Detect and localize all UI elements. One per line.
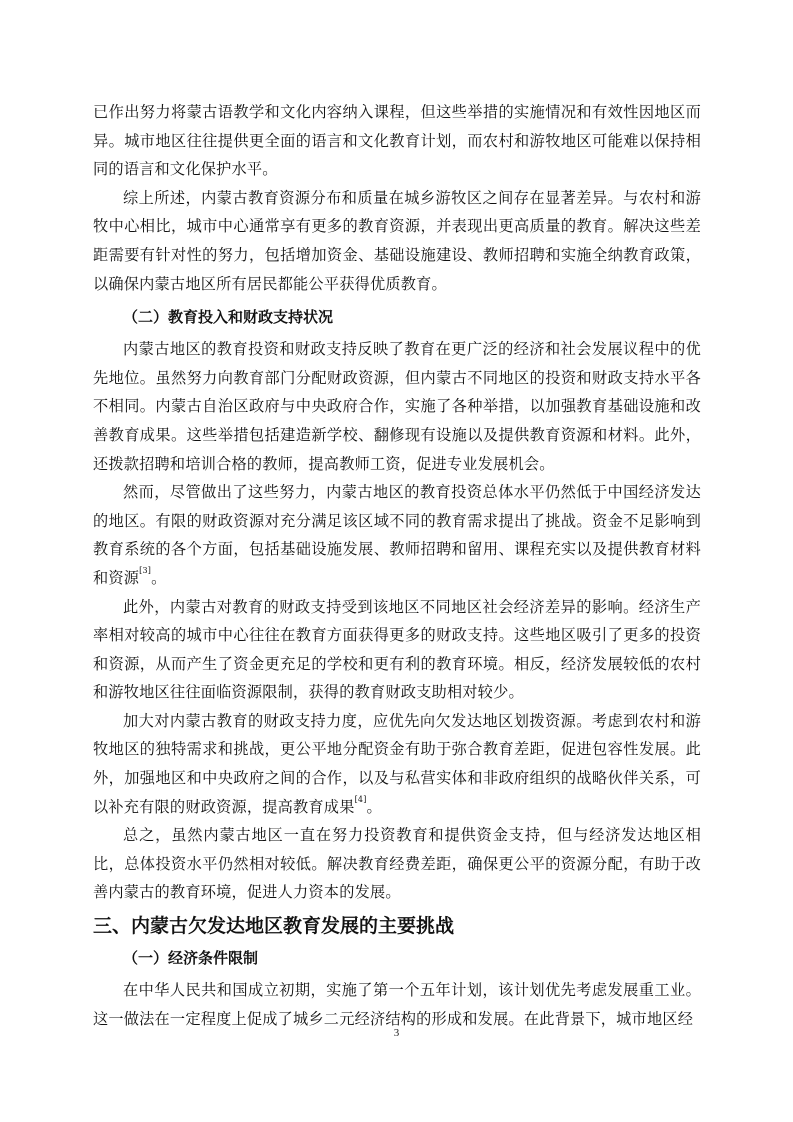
paragraph-summary: 综上所述，内蒙古教育资源分布和质量在城乡游牧区之间存在显著差异。与农村和游牧中心… — [93, 184, 701, 298]
citation-4[interactable]: [4] — [355, 795, 367, 804]
paragraph-end: 。 — [151, 569, 166, 587]
paragraph-investment-2: 然而，尽管做出了这些努力，内蒙古地区的教育投资总体水平仍然低于中国经济发达的地区… — [93, 478, 701, 592]
section-heading-education-investment: （二）教育投入和财政支持状况 — [93, 307, 701, 327]
paragraph-text: 加大对内蒙古教育的财政支持力度，应优先向欠发达地区划拨资源。考虑到农村和游牧地区… — [93, 712, 701, 816]
page-number: 3 — [0, 1027, 793, 1039]
section-heading-economic-constraints: （一）经济条件限制 — [93, 948, 701, 968]
paragraph-investment-4: 加大对内蒙古教育的财政支持力度，应优先向欠发达地区划拨资源。考虑到农村和游牧地区… — [93, 707, 701, 821]
paragraph-investment-3: 此外，内蒙古对教育的财政支持受到该地区不同地区社会经济差异的影响。经济生产率相对… — [93, 593, 701, 707]
paragraph-investment-5: 总之，虽然内蒙古地区一直在努力投资教育和提供资金支持，但与经济发达地区相比，总体… — [93, 821, 701, 907]
paragraph-text: 然而，尽管做出了这些努力，内蒙古地区的教育投资总体水平仍然低于中国经济发达的地区… — [93, 483, 701, 587]
paragraph-economic-1: 在中华人民共和国成立初期，实施了第一个五年计划，该计划优先考虑发展重工业。这一做… — [93, 976, 701, 1033]
paragraph-end: 。 — [367, 798, 382, 816]
document-page: 已作出努力将蒙古语教学和文化内容纳入课程，但这些举措的实施情况和有效性因地区而异… — [93, 98, 701, 1033]
paragraph-investment-1: 内蒙古地区的教育投资和财政支持反映了教育在更广泛的经济和社会发展议程中的优先地位… — [93, 335, 701, 478]
chapter-heading-challenges: 三、内蒙古欠发达地区教育发展的主要挑战 — [93, 913, 701, 939]
citation-3[interactable]: [3] — [139, 566, 151, 575]
paragraph-continued: 已作出努力将蒙古语教学和文化内容纳入课程，但这些举措的实施情况和有效性因地区而异… — [93, 98, 701, 184]
